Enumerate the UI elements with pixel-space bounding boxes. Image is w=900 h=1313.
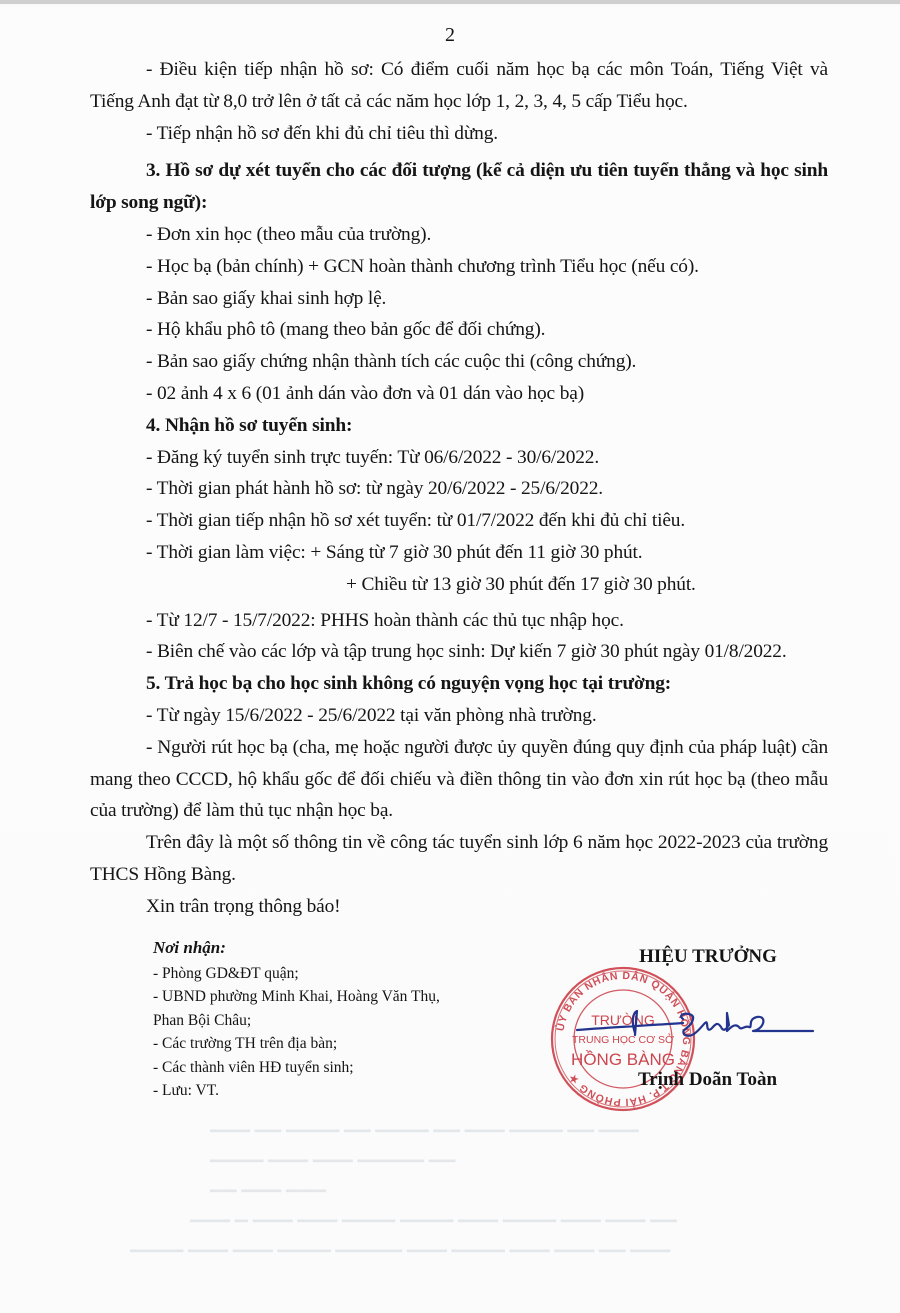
recipient-item: - Các thành viên HĐ tuyển sinh; [153, 1056, 513, 1080]
section-3-heading: 3. Hồ sơ dự xét tuyển cho các đối tượng … [90, 155, 828, 219]
recipients-block: Nơi nhận: - Phòng GD&ĐT quận; - UBND phư… [153, 936, 513, 1103]
section-3-item: - Đơn xin học (theo mẫu của trường). [90, 219, 828, 251]
page-number: 2 [0, 24, 900, 47]
section-3-item: - Hộ khẩu phô tô (mang theo bản gốc để đ… [90, 314, 828, 346]
recipient-item: Phan Bội Châu; [153, 1009, 513, 1033]
section-5-item: - Từ ngày 15/6/2022 - 25/6/2022 tại văn … [90, 700, 828, 732]
closing-summary: Trên đây là một số thông tin về công tác… [90, 827, 828, 891]
handwritten-signature-icon [575, 1005, 815, 1045]
section-4-item: - Biên chế vào các lớp và tập trung học … [90, 636, 828, 668]
section-3-item: - Học bạ (bản chính) + GCN hoàn thành ch… [90, 251, 828, 283]
bleed-through-texture: ▁▁▁ ▁▁ ▁▁▁▁ ▁▁ ▁▁▁▁ ▁▁ ▁▁▁ ▁▁▁▁ ▁▁ ▁▁▁ ▁… [130, 1108, 810, 1258]
document-body: - Điều kiện tiếp nhận hồ sơ: Có điểm cuố… [90, 54, 828, 923]
section-4-heading: 4. Nhận hồ sơ tuyển sinh: [90, 410, 828, 442]
section-4-item: + Chiều từ 13 giờ 30 phút đến 17 giờ 30 … [90, 569, 828, 601]
section-3-item: - Bản sao giấy khai sinh hợp lệ. [90, 283, 828, 315]
signer-title: HIỆU TRƯỞNG [628, 946, 788, 968]
document-page: ▁▁▁ ▁▁ ▁▁▁▁ ▁▁ ▁▁▁▁ ▁▁ ▁▁▁ ▁▁▁▁ ▁▁ ▁▁▁ ▁… [0, 0, 900, 1313]
scan-edge [0, 0, 900, 4]
signer-name: Trịnh Doãn Toàn [620, 1069, 795, 1091]
section-3-item: - Bản sao giấy chứng nhận thành tích các… [90, 346, 828, 378]
section-4-item: - Đăng ký tuyển sinh trực tuyến: Từ 06/6… [90, 442, 828, 474]
closing-greeting: Xin trân trọng thông báo! [90, 891, 828, 923]
section-5-item: - Người rút học bạ (cha, mẹ hoặc người đ… [90, 732, 828, 827]
section-4-item: - Thời gian tiếp nhận hồ sơ xét tuyển: t… [90, 505, 828, 537]
recipients-title: Nơi nhận: [153, 936, 513, 960]
admission-condition-paragraph: - Điều kiện tiếp nhận hồ sơ: Có điểm cuố… [90, 54, 828, 118]
recipient-item: - Phòng GD&ĐT quận; [153, 962, 513, 986]
section-4-item: - Thời gian phát hành hồ sơ: từ ngày 20/… [90, 473, 828, 505]
admission-stop-paragraph: - Tiếp nhận hồ sơ đến khi đủ chỉ tiêu th… [90, 118, 828, 150]
section-5-heading: 5. Trả học bạ cho học sinh không có nguy… [90, 668, 828, 700]
svg-text:HỒNG BÀNG: HỒNG BÀNG [571, 1050, 675, 1069]
recipient-item: - UBND phường Minh Khai, Hoàng Văn Thụ, [153, 985, 513, 1009]
section-3-item: - 02 ảnh 4 x 6 (01 ảnh dán vào đơn và 01… [90, 378, 828, 410]
recipient-item: - Các trường TH trên địa bàn; [153, 1032, 513, 1056]
section-4-item: - Từ 12/7 - 15/7/2022: PHHS hoàn thành c… [90, 605, 828, 637]
section-4-item: - Thời gian làm việc: + Sáng từ 7 giờ 30… [90, 537, 828, 569]
recipient-item: - Lưu: VT. [153, 1079, 513, 1103]
